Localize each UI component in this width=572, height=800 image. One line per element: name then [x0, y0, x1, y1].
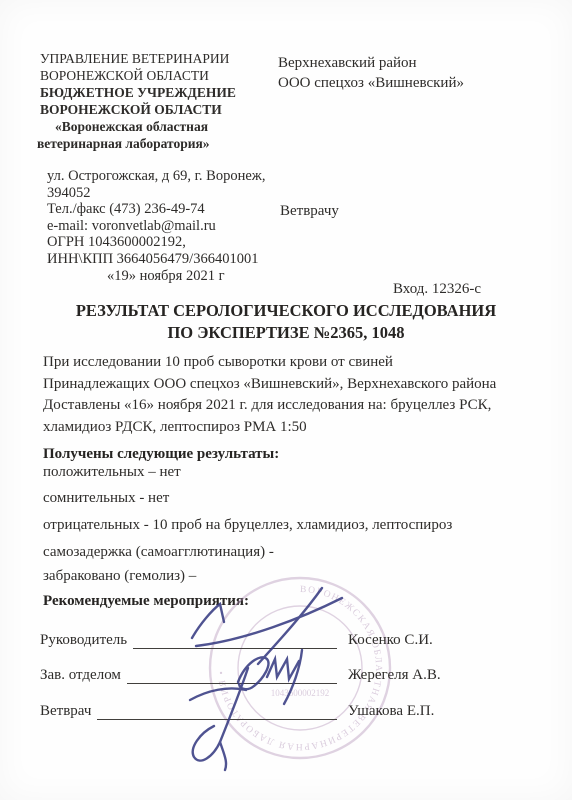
result-doubtful: сомнительных - нет	[43, 488, 532, 510]
lab-name-line2: ветеринарная лаборатория»	[37, 135, 282, 152]
inn-kpp: ИНН\КПП 3664056479/366401001	[47, 251, 287, 268]
signature-row-veterinarian: Ветврач Ушакова Е.П.	[40, 703, 470, 720]
address-street: ул. Острогожская, д 69, г. Воронеж,	[47, 168, 287, 185]
lab-name-line1: «Воронежская областная	[40, 118, 282, 135]
institution-name-line1: БЮДЖЕТНОЕ УЧРЕЖДЕНИЕ	[40, 84, 282, 101]
intro-line3: Доставлены «16» ноября 2021 г. для иссле…	[43, 395, 532, 417]
department-name-line2: ВОРОНЕЖСКОЙ ОБЛАСТИ	[40, 67, 282, 84]
signature-line	[133, 631, 337, 649]
incoming-number: Вход. 12326-с	[393, 281, 481, 298]
document-date: «19» ноября 2021 г	[47, 268, 287, 285]
signature-row-head-of-department: Зав. отделом Жерегеля А.В.	[40, 667, 470, 684]
letterhead-org-block: УПРАВЛЕНИЕ ВЕТЕРИНАРИИ ВОРОНЕЖСКОЙ ОБЛАС…	[40, 50, 282, 152]
intro-line2: Принадлежащих ООО спецхоз «Вишневский», …	[43, 374, 532, 396]
signature-line	[127, 666, 337, 684]
document-title: РЕЗУЛЬТАТ СЕРОЛОГИЧЕСКОГО ИССЛЕДОВАНИЯ П…	[0, 300, 572, 344]
institution-name-line2: ВОРОНЕЖСКОЙ ОБЛАСТИ	[40, 101, 282, 118]
signature-name: Косенко С.И.	[337, 632, 470, 649]
letterhead-contacts-block: ул. Острогожская, д 69, г. Воронеж, 3940…	[47, 168, 287, 284]
document-page: УПРАВЛЕНИЕ ВЕТЕРИНАРИИ ВОРОНЕЖСКОЙ ОБЛАС…	[0, 0, 572, 800]
intro-paragraph: При исследовании 10 проб сыворотки крови…	[43, 352, 532, 417]
department-name-line1: УПРАВЛЕНИЕ ВЕТЕРИНАРИИ	[40, 50, 282, 67]
signature-role: Руководитель	[40, 632, 133, 649]
signature-role: Зав. отделом	[40, 667, 127, 684]
recipient-district: Верхнехавский район	[278, 53, 528, 73]
stamp-center-text: 1043600002192	[271, 688, 330, 698]
result-negative: отрицательных - 10 проб на бруцеллез, хл…	[43, 515, 532, 537]
result-self-agglutination: самозадержка (самоагглютинация) -	[43, 542, 532, 564]
result-rejected: забраковано (гемолиз) –	[43, 566, 532, 588]
address-postcode: 394052	[47, 185, 287, 202]
intro-line1: При исследовании 10 проб сыворотки крови…	[43, 352, 532, 374]
recipient-organization: ООО спецхоз «Вишневский»	[278, 73, 528, 93]
signature-role: Ветврач	[40, 703, 97, 720]
phone-fax: Тел./факс (473) 236-49-74	[47, 201, 287, 218]
signature-row-director: Руководитель Косенко С.И.	[40, 632, 470, 649]
tests-line: хламидиоз РДСК, лептоспироз РМА 1:50	[43, 417, 532, 439]
recipient-block: Верхнехавский район ООО спецхоз «Вишневс…	[278, 53, 528, 93]
recommendations-heading: Рекомендуемые мероприятия:	[43, 591, 532, 613]
signature-name: Ушакова Е.П.	[337, 703, 470, 720]
signature-name: Жерегеля А.В.	[337, 667, 470, 684]
ogrn: ОГРН 1043600002192,	[47, 234, 287, 251]
signature-line	[97, 702, 337, 720]
result-positive: положительных – нет	[43, 462, 532, 484]
email: e-mail: voronvetlab@mail.ru	[47, 218, 287, 235]
document-title-line2: ПО ЭКСПЕРТИЗЕ №2365, 1048	[0, 322, 572, 344]
addressee-label: Ветврачу	[280, 203, 339, 220]
document-title-line1: РЕЗУЛЬТАТ СЕРОЛОГИЧЕСКОГО ИССЛЕДОВАНИЯ	[0, 300, 572, 322]
